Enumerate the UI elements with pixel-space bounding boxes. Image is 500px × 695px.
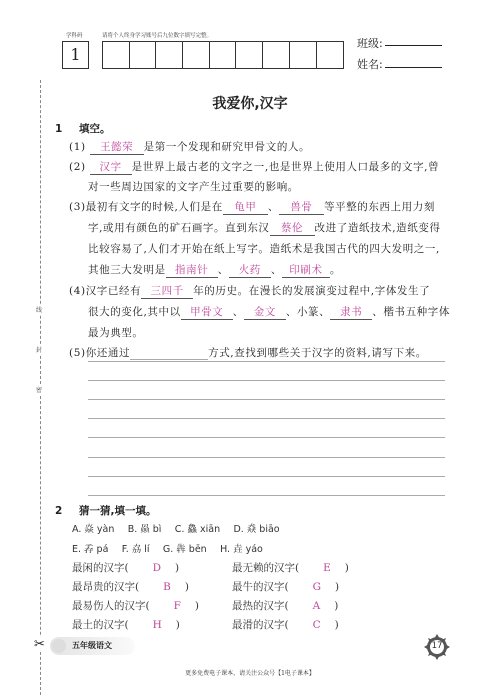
item-prefix: (1) <box>69 141 86 153</box>
riddle-answer[interactable]: H <box>153 619 162 631</box>
q1-item-5: (5)你还通过 方式,查找到哪些关于汉字的资料,请写下来。 <box>69 345 427 360</box>
writing-line[interactable] <box>88 380 445 381</box>
q2-pair-right: 最无赖的汉字(E) <box>232 560 359 575</box>
q1-item-3-line2: 字,或用有颜色的矿石画字。直到东汉蔡伦改进了造纸技术,造纸变得 <box>88 220 441 236</box>
separator: 、 <box>271 264 282 276</box>
writing-line[interactable] <box>88 418 445 419</box>
writing-line[interactable] <box>88 361 445 362</box>
item-text: 字,或用有颜色的矿石画字。直到东汉 <box>88 222 270 234</box>
answer-blank[interactable]: 蔡伦 <box>270 220 315 236</box>
answer-blank[interactable]: 金文 <box>244 304 286 320</box>
item-text: 汉字已经有 <box>86 285 142 297</box>
riddle-text: 最无赖的汉字( <box>232 562 299 574</box>
riddle-answer[interactable]: G <box>313 581 321 593</box>
item-text: 是世界上最古老的文字之一,也是世界上使用人口最多的文字,曾 <box>132 161 440 173</box>
riddle-answer[interactable]: E <box>323 562 331 574</box>
id-digit-cell[interactable] <box>130 42 157 68</box>
id-instruction: 请将个人终身学习账号后九位数字填写完整。 <box>102 31 212 39</box>
class-label: 班级: <box>357 35 383 51</box>
separator: 。 <box>330 264 341 276</box>
item-prefix: (5) <box>69 347 86 359</box>
q2-pair-left: 最土的汉字(H) <box>72 617 190 632</box>
id-digit-cell[interactable] <box>183 42 210 68</box>
riddle-answer[interactable]: B <box>163 581 171 593</box>
subject-code-box: 1 <box>62 41 89 69</box>
q1-item-3-line3: 比较容易了,人们才开始在纸上写字。造纸术是我国古代的四大发明之一, <box>88 241 440 256</box>
q1-item-2-cont: 对一些周边国家的文字产生过重要的影响。 <box>88 179 299 194</box>
q1-heading-text: 填空。 <box>79 123 111 135</box>
item-text: 方式,查找到哪些关于汉字的资料,请写下来。 <box>208 347 427 359</box>
option-g: G. 犇 bēn <box>163 544 207 555</box>
riddle-text: 最牛的汉字( <box>232 581 289 593</box>
q2-pair-right: 最热的汉字(A) <box>232 598 348 613</box>
answer-blank[interactable]: 印刷术 <box>282 262 330 278</box>
margin-label-xian: 线 <box>36 305 42 314</box>
option-d: D. 猋 biāo <box>233 524 279 535</box>
riddle-text: 最热的汉字( <box>232 600 289 612</box>
item-prefix: (4) <box>69 285 86 297</box>
q1-item-3-line1: (3)最初有文字的时候,人们是在龟甲、兽骨等平整的东西上用力刻 <box>69 199 435 215</box>
q2-options-row1: A. 焱 yàn B. 赑 bì C. 鱻 xiān D. 猋 biāo <box>72 521 290 535</box>
q2-pair-left: 最易伤人的汉字(F) <box>72 598 209 613</box>
q2-options-row2: E. 孨 pá F. 劦 lí G. 犇 bēn H. 垚 yáo <box>72 541 273 555</box>
id-digit-cell[interactable] <box>290 42 317 68</box>
q1-item-4-line2: 很大的变化,其中以甲骨文、金文、小篆、隶书、楷书五种字体 <box>88 304 450 320</box>
riddle-text: 最易伤人的汉字( <box>72 600 150 612</box>
circle-icon <box>52 639 66 653</box>
method-blank[interactable] <box>130 347 208 360</box>
q2-pair-right: 最牛的汉字(G) <box>232 579 349 594</box>
option-a: A. 焱 yàn <box>72 524 114 535</box>
id-digit-cell[interactable] <box>103 42 130 68</box>
riddle-answer[interactable]: C <box>313 619 321 631</box>
answer-blank[interactable]: 兽骨 <box>279 199 324 215</box>
item-text: 年的历史。在漫长的发展演变过程中,字体发生了 <box>193 285 430 297</box>
id-digit-cell[interactable] <box>263 42 290 68</box>
paren: ) <box>176 619 180 631</box>
subject-code-label: 学科码 <box>66 31 83 39</box>
paren: ) <box>335 581 339 593</box>
q2-pair-left: 最昂贵的汉字(B) <box>72 579 199 594</box>
writing-line[interactable] <box>88 457 445 458</box>
q2-heading: 2猜一猜,填一填。 <box>55 503 157 518</box>
id-digit-cell[interactable] <box>156 42 183 68</box>
margin-label-mi: 密 <box>36 385 42 394</box>
item-text: 改进了造纸技术,造纸变得 <box>315 222 441 234</box>
item-text: 你还通过 <box>86 347 130 359</box>
item-text: 、小篆、 <box>286 306 330 318</box>
riddle-answer[interactable]: A <box>313 600 321 612</box>
item-text: 等平整的东西上用力刻 <box>324 201 435 213</box>
id-digit-cell[interactable] <box>236 42 263 68</box>
item-text: 是第一个发现和研究甲骨文的人。 <box>144 141 311 153</box>
answer-blank[interactable]: 龟甲 <box>223 199 268 215</box>
writing-line[interactable] <box>88 399 445 400</box>
riddle-answer[interactable]: D <box>153 562 161 574</box>
name-field[interactable] <box>385 67 442 68</box>
item-text: 其他三大发明是 <box>88 264 166 276</box>
option-e: E. 孨 pá <box>72 544 108 555</box>
riddle-text: 最昂贵的汉字( <box>72 581 139 593</box>
id-digit-cell[interactable] <box>317 42 344 68</box>
q1-heading: 1填空。 <box>55 121 111 136</box>
q1-number: 1 <box>55 123 79 135</box>
answer-blank[interactable]: 隶书 <box>330 304 372 320</box>
id-digit-boxes[interactable] <box>102 41 344 69</box>
scissors-icon: ✂ <box>34 637 45 652</box>
q1-item-4-line1: (4)汉字已经有三四千年的历史。在漫长的发展演变过程中,字体发生了 <box>69 283 430 299</box>
answer-blank[interactable]: 汉字 <box>90 159 132 175</box>
separator: 、 <box>268 201 279 213</box>
option-h: H. 垚 yáo <box>220 544 263 555</box>
q1-item-3-line4: 其他三大发明是指南针、火药、印刷术。 <box>88 262 341 278</box>
page-title: 我爱你,汉字 <box>0 93 500 113</box>
answer-blank[interactable]: 三四千 <box>141 283 193 299</box>
riddle-answer[interactable]: F <box>174 600 181 612</box>
riddle-text: 最土的汉字( <box>72 619 129 631</box>
paren: ) <box>335 619 339 631</box>
footer-note: 更多免费电子课本，请关注公众号【1电子课本】 <box>0 668 500 677</box>
option-c: C. 鱻 xiān <box>175 524 220 535</box>
page-number: 17 <box>424 641 450 651</box>
separator: 、 <box>233 306 244 318</box>
item-prefix: (2) <box>69 161 86 173</box>
q1-item-1: (1) 王懿荣是第一个发现和研究甲骨文的人。 <box>69 139 310 155</box>
paren: ) <box>185 581 189 593</box>
page-number-badge: 17 <box>424 634 450 660</box>
item-text: 、楷书五种字体 <box>372 306 450 318</box>
id-digit-cell[interactable] <box>210 42 237 68</box>
answer-blank[interactable]: 甲骨文 <box>181 304 233 320</box>
answer-blank[interactable]: 指南针 <box>166 262 218 278</box>
option-b: B. 赑 bì <box>128 524 162 535</box>
q2-number: 2 <box>55 505 79 517</box>
q2-pair-left: 最闲的汉字(D) <box>72 560 189 575</box>
paren: ) <box>345 562 349 574</box>
q2-pair-right: 最滑的汉字(C) <box>232 617 349 632</box>
q1-item-4-line3: 最为典型。 <box>88 325 144 340</box>
paren: ) <box>195 600 199 612</box>
name-label: 姓名: <box>357 56 383 72</box>
writing-line[interactable] <box>88 476 445 477</box>
option-f: F. 劦 lí <box>122 544 150 555</box>
answer-blank[interactable]: 王懿荣 <box>90 139 144 155</box>
item-prefix: (3) <box>69 201 86 213</box>
answer-blank[interactable]: 火药 <box>229 262 271 278</box>
item-text: 很大的变化,其中以 <box>88 306 181 318</box>
margin-label-feng: 封 <box>36 345 42 354</box>
paren: ) <box>334 600 338 612</box>
q2-heading-text: 猜一猜,填一填。 <box>79 505 157 517</box>
paren: ) <box>175 562 179 574</box>
writing-line[interactable] <box>88 437 445 438</box>
separator: 、 <box>218 264 229 276</box>
q1-item-2: (2) 汉字是世界上最古老的文字之一,也是世界上使用人口最多的文字,曾 <box>69 159 439 175</box>
item-text: 最初有文字的时候,人们是在 <box>86 201 223 213</box>
riddle-text: 最滑的汉字( <box>232 619 289 631</box>
book-label: 五年级语文 <box>72 640 112 651</box>
writing-line[interactable] <box>88 495 445 496</box>
riddle-text: 最闲的汉字( <box>72 562 129 574</box>
class-field[interactable] <box>385 45 442 46</box>
